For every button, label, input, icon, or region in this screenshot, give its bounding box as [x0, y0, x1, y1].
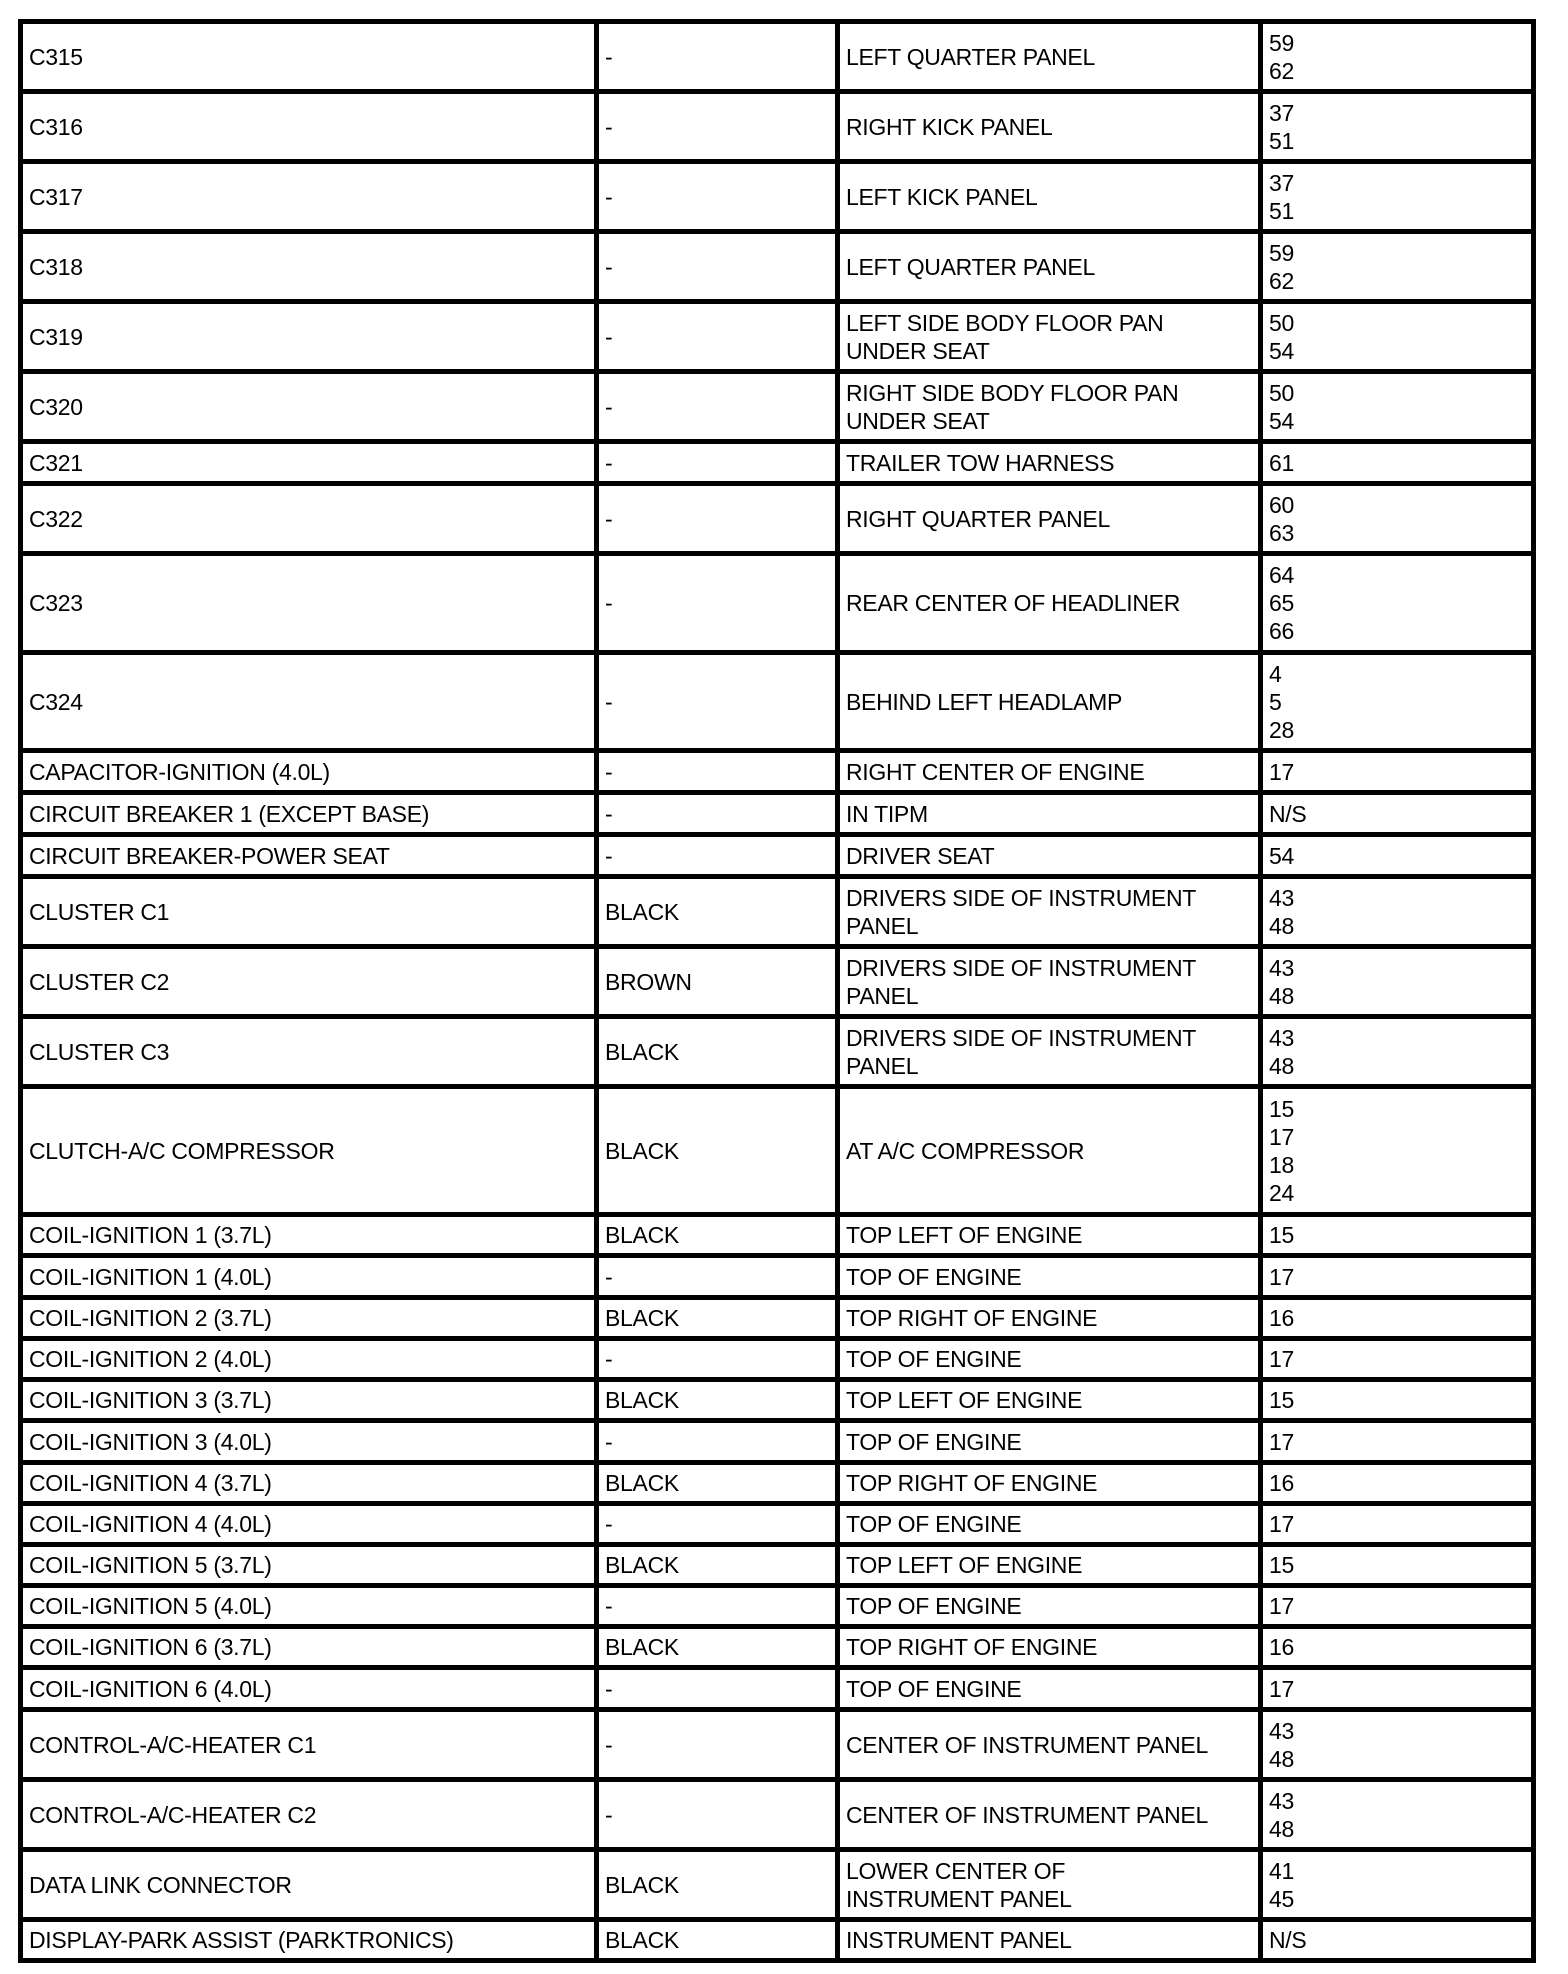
table-row: CONTROL-A/C-HEATER C2-CENTER OF INSTRUME…: [21, 1780, 1534, 1850]
table-row: CIRCUIT BREAKER 1 (EXCEPT BASE)-IN TIPMN…: [21, 793, 1534, 835]
figure-number: 59: [1269, 29, 1531, 57]
figure-number: 50: [1269, 309, 1531, 337]
figure-number: 24: [1269, 1179, 1531, 1207]
connector-color: BLACK: [597, 1850, 838, 1920]
figure-number: 48: [1269, 1745, 1531, 1773]
connector-color: BLACK: [597, 1087, 838, 1215]
figure-references: 4348: [1261, 877, 1534, 947]
connector-name: COIL-IGNITION 6 (3.7L): [21, 1627, 597, 1668]
connector-location: DRIVER SEAT: [838, 835, 1261, 877]
table-row: COIL-IGNITION 1 (3.7L)BLACKTOP LEFT OF E…: [21, 1215, 1534, 1256]
connector-location: DRIVERS SIDE OF INSTRUMENT PANEL: [838, 1017, 1261, 1087]
table-row: COIL-IGNITION 3 (4.0L)-TOP OF ENGINE17: [21, 1421, 1534, 1463]
figure-references: 3751: [1261, 92, 1534, 162]
table-row: C320-RIGHT SIDE BODY FLOOR PAN UNDER SEA…: [21, 372, 1534, 442]
connector-name: CLUTCH-A/C COMPRESSOR: [21, 1087, 597, 1215]
connector-color: BROWN: [597, 947, 838, 1017]
figure-number: 37: [1269, 99, 1531, 127]
connector-name: COIL-IGNITION 2 (3.7L): [21, 1298, 597, 1339]
figure-references: 15171824: [1261, 1087, 1534, 1215]
connector-name: CONTROL-A/C-HEATER C1: [21, 1710, 597, 1780]
connector-location: CENTER OF INSTRUMENT PANEL: [838, 1710, 1261, 1780]
table-row: C322-RIGHT QUARTER PANEL6063: [21, 484, 1534, 554]
table-row: C319-LEFT SIDE BODY FLOOR PAN UNDER SEAT…: [21, 302, 1534, 372]
figure-number: 62: [1269, 57, 1531, 85]
figure-number: 17: [1269, 1263, 1531, 1291]
connector-location: TOP LEFT OF ENGINE: [838, 1380, 1261, 1421]
connector-color: BLACK: [597, 1545, 838, 1586]
figure-references: 17: [1261, 1668, 1534, 1710]
connector-color: BLACK: [597, 877, 838, 947]
connector-name: C320: [21, 372, 597, 442]
connector-name: CAPACITOR-IGNITION (4.0L): [21, 751, 597, 793]
connector-location: CENTER OF INSTRUMENT PANEL: [838, 1780, 1261, 1850]
connector-color: -: [597, 1256, 838, 1298]
connector-location: TOP OF ENGINE: [838, 1586, 1261, 1627]
figure-number: 4: [1269, 660, 1531, 688]
table-row: C323-REAR CENTER OF HEADLINER646566: [21, 554, 1534, 653]
table-row: C321-TRAILER TOW HARNESS61: [21, 442, 1534, 484]
connector-location: TOP RIGHT OF ENGINE: [838, 1298, 1261, 1339]
table-row: CLUSTER C3BLACKDRIVERS SIDE OF INSTRUMEN…: [21, 1017, 1534, 1087]
connector-name: CIRCUIT BREAKER-POWER SEAT: [21, 835, 597, 877]
figure-references: 15: [1261, 1215, 1534, 1256]
table-row: CLUTCH-A/C COMPRESSORBLACKAT A/C COMPRES…: [21, 1087, 1534, 1215]
figure-references: 17: [1261, 1339, 1534, 1380]
figure-number: 43: [1269, 884, 1531, 912]
connector-name: CIRCUIT BREAKER 1 (EXCEPT BASE): [21, 793, 597, 835]
figure-number: 63: [1269, 519, 1531, 547]
connector-color: -: [597, 1421, 838, 1463]
figure-number: 48: [1269, 1815, 1531, 1843]
connector-color: BLACK: [597, 1920, 838, 1961]
connector-name: C319: [21, 302, 597, 372]
connector-location: REAR CENTER OF HEADLINER: [838, 554, 1261, 653]
connector-location: TOP OF ENGINE: [838, 1504, 1261, 1545]
connector-name: C321: [21, 442, 597, 484]
figure-number: 54: [1269, 842, 1531, 870]
figure-references: 15: [1261, 1380, 1534, 1421]
connector-color: -: [597, 1710, 838, 1780]
connector-location: DRIVERS SIDE OF INSTRUMENT PANEL: [838, 877, 1261, 947]
figure-number: 51: [1269, 197, 1531, 225]
figure-number: 16: [1269, 1304, 1531, 1332]
connector-name: C316: [21, 92, 597, 162]
connector-location: TOP OF ENGINE: [838, 1339, 1261, 1380]
figure-references: 17: [1261, 1504, 1534, 1545]
figure-references: 17: [1261, 1421, 1534, 1463]
table-row: COIL-IGNITION 6 (3.7L)BLACKTOP RIGHT OF …: [21, 1627, 1534, 1668]
connector-location: AT A/C COMPRESSOR: [838, 1087, 1261, 1215]
figure-references: 16: [1261, 1463, 1534, 1504]
connector-color: -: [597, 653, 838, 751]
figure-number: 61: [1269, 449, 1531, 477]
figure-references: 61: [1261, 442, 1534, 484]
connector-location-table: C315-LEFT QUARTER PANEL5962C316-RIGHT KI…: [18, 19, 1536, 1963]
table-row: COIL-IGNITION 5 (3.7L)BLACKTOP LEFT OF E…: [21, 1545, 1534, 1586]
figure-number: 62: [1269, 267, 1531, 295]
connector-location: IN TIPM: [838, 793, 1261, 835]
figure-references: 3751: [1261, 162, 1534, 232]
figure-number: 48: [1269, 912, 1531, 940]
figure-number: 45: [1269, 1885, 1531, 1913]
figure-references: 4348: [1261, 947, 1534, 1017]
connector-name: C324: [21, 653, 597, 751]
connector-name: C315: [21, 22, 597, 92]
figure-number: 64: [1269, 561, 1531, 589]
connector-color: -: [597, 1586, 838, 1627]
table-row: C317-LEFT KICK PANEL3751: [21, 162, 1534, 232]
connector-name: CONTROL-A/C-HEATER C2: [21, 1780, 597, 1850]
table-row: COIL-IGNITION 4 (3.7L)BLACKTOP RIGHT OF …: [21, 1463, 1534, 1504]
connector-color: -: [597, 302, 838, 372]
connector-name: COIL-IGNITION 1 (3.7L): [21, 1215, 597, 1256]
figure-number: 48: [1269, 982, 1531, 1010]
connector-location: TOP OF ENGINE: [838, 1256, 1261, 1298]
connector-name: COIL-IGNITION 1 (4.0L): [21, 1256, 597, 1298]
figure-references: 6063: [1261, 484, 1534, 554]
connector-color: -: [597, 1668, 838, 1710]
figure-number: 17: [1269, 1123, 1531, 1151]
connector-color: -: [597, 751, 838, 793]
connector-name: CLUSTER C2: [21, 947, 597, 1017]
table-row: COIL-IGNITION 2 (3.7L)BLACKTOP RIGHT OF …: [21, 1298, 1534, 1339]
figure-references: 4348: [1261, 1017, 1534, 1087]
connector-location: TOP OF ENGINE: [838, 1421, 1261, 1463]
connector-name: C317: [21, 162, 597, 232]
connector-name: COIL-IGNITION 2 (4.0L): [21, 1339, 597, 1380]
figure-number: 48: [1269, 1052, 1531, 1080]
connector-location: TOP LEFT OF ENGINE: [838, 1545, 1261, 1586]
figure-number: 43: [1269, 1717, 1531, 1745]
connector-name: CLUSTER C3: [21, 1017, 597, 1087]
table-row: C318-LEFT QUARTER PANEL5962: [21, 232, 1534, 302]
connector-color: BLACK: [597, 1380, 838, 1421]
figure-number: 43: [1269, 1787, 1531, 1815]
figure-number: 17: [1269, 1345, 1531, 1373]
figure-number: 5: [1269, 688, 1531, 716]
table-row: C316-RIGHT KICK PANEL3751: [21, 92, 1534, 162]
connector-color: -: [597, 22, 838, 92]
figure-number: 17: [1269, 758, 1531, 786]
figure-number: 16: [1269, 1633, 1531, 1661]
connector-name: CLUSTER C1: [21, 877, 597, 947]
figure-number: 15: [1269, 1221, 1531, 1249]
figure-references: 4145: [1261, 1850, 1534, 1920]
connector-color: BLACK: [597, 1298, 838, 1339]
figure-number: 37: [1269, 169, 1531, 197]
figure-number: 15: [1269, 1095, 1531, 1123]
connector-color: BLACK: [597, 1017, 838, 1087]
table-row: COIL-IGNITION 1 (4.0L)-TOP OF ENGINE17: [21, 1256, 1534, 1298]
figure-number: 54: [1269, 337, 1531, 365]
table-row: CIRCUIT BREAKER-POWER SEAT-DRIVER SEAT54: [21, 835, 1534, 877]
connector-location: TOP OF ENGINE: [838, 1668, 1261, 1710]
figure-references: 17: [1261, 751, 1534, 793]
connector-name: COIL-IGNITION 4 (3.7L): [21, 1463, 597, 1504]
table-row: DISPLAY-PARK ASSIST (PARKTRONICS)BLACKIN…: [21, 1920, 1534, 1961]
connector-color: BLACK: [597, 1215, 838, 1256]
figure-number: 17: [1269, 1592, 1531, 1620]
connector-color: -: [597, 554, 838, 653]
connector-color: -: [597, 162, 838, 232]
figure-number: 18: [1269, 1151, 1531, 1179]
figure-number: 43: [1269, 954, 1531, 982]
figure-references: N/S: [1261, 793, 1534, 835]
figure-references: 54: [1261, 835, 1534, 877]
connector-location: TOP RIGHT OF ENGINE: [838, 1627, 1261, 1668]
connector-location: TRAILER TOW HARNESS: [838, 442, 1261, 484]
connector-location: INSTRUMENT PANEL: [838, 1920, 1261, 1961]
connector-color: -: [597, 372, 838, 442]
figure-references: 5962: [1261, 22, 1534, 92]
table-row: CONTROL-A/C-HEATER C1-CENTER OF INSTRUME…: [21, 1710, 1534, 1780]
table-row: COIL-IGNITION 3 (3.7L)BLACKTOP LEFT OF E…: [21, 1380, 1534, 1421]
table-row: C324-BEHIND LEFT HEADLAMP4528: [21, 653, 1534, 751]
figure-number: 54: [1269, 407, 1531, 435]
connector-name: COIL-IGNITION 5 (4.0L): [21, 1586, 597, 1627]
connector-location: RIGHT SIDE BODY FLOOR PAN UNDER SEAT: [838, 372, 1261, 442]
table-row: CAPACITOR-IGNITION (4.0L)-RIGHT CENTER O…: [21, 751, 1534, 793]
figure-references: 15: [1261, 1545, 1534, 1586]
connector-name: C318: [21, 232, 597, 302]
table-row: CLUSTER C1BLACKDRIVERS SIDE OF INSTRUMEN…: [21, 877, 1534, 947]
table-body: C315-LEFT QUARTER PANEL5962C316-RIGHT KI…: [21, 22, 1534, 1961]
figure-number: 17: [1269, 1675, 1531, 1703]
figure-number: 16: [1269, 1469, 1531, 1497]
connector-location: TOP RIGHT OF ENGINE: [838, 1463, 1261, 1504]
connector-color: BLACK: [597, 1463, 838, 1504]
connector-color: -: [597, 1504, 838, 1545]
table-row: COIL-IGNITION 5 (4.0L)-TOP OF ENGINE17: [21, 1586, 1534, 1627]
table-row: CLUSTER C2BROWNDRIVERS SIDE OF INSTRUMEN…: [21, 947, 1534, 1017]
connector-color: -: [597, 484, 838, 554]
figure-number: 65: [1269, 589, 1531, 617]
table-row: COIL-IGNITION 6 (4.0L)-TOP OF ENGINE17: [21, 1668, 1534, 1710]
figure-references: 4528: [1261, 653, 1534, 751]
connector-name: C322: [21, 484, 597, 554]
figure-references: 17: [1261, 1586, 1534, 1627]
connector-color: -: [597, 232, 838, 302]
figure-number: 15: [1269, 1386, 1531, 1414]
connector-color: -: [597, 835, 838, 877]
figure-references: 5054: [1261, 302, 1534, 372]
connector-name: COIL-IGNITION 6 (4.0L): [21, 1668, 597, 1710]
connector-location: LEFT KICK PANEL: [838, 162, 1261, 232]
figure-number: 60: [1269, 491, 1531, 519]
connector-color: -: [597, 92, 838, 162]
connector-location: LEFT QUARTER PANEL: [838, 22, 1261, 92]
connector-color: -: [597, 793, 838, 835]
figure-number: 17: [1269, 1510, 1531, 1538]
figure-number: 17: [1269, 1428, 1531, 1456]
figure-number: 50: [1269, 379, 1531, 407]
figure-number: 51: [1269, 127, 1531, 155]
figure-references: 16: [1261, 1298, 1534, 1339]
table-row: COIL-IGNITION 2 (4.0L)-TOP OF ENGINE17: [21, 1339, 1534, 1380]
connector-color: -: [597, 442, 838, 484]
figure-references: 16: [1261, 1627, 1534, 1668]
figure-references: N/S: [1261, 1920, 1534, 1961]
connector-location: LEFT SIDE BODY FLOOR PAN UNDER SEAT: [838, 302, 1261, 372]
figure-references: 5054: [1261, 372, 1534, 442]
connector-location: DRIVERS SIDE OF INSTRUMENT PANEL: [838, 947, 1261, 1017]
figure-references: 646566: [1261, 554, 1534, 653]
connector-name: COIL-IGNITION 5 (3.7L): [21, 1545, 597, 1586]
connector-color: BLACK: [597, 1627, 838, 1668]
connector-color: -: [597, 1339, 838, 1380]
connector-name: COIL-IGNITION 4 (4.0L): [21, 1504, 597, 1545]
connector-location: TOP LEFT OF ENGINE: [838, 1215, 1261, 1256]
table-row: C315-LEFT QUARTER PANEL5962: [21, 22, 1534, 92]
connector-location: RIGHT CENTER OF ENGINE: [838, 751, 1261, 793]
figure-number: N/S: [1269, 1926, 1531, 1954]
connector-location: RIGHT KICK PANEL: [838, 92, 1261, 162]
connector-name: DISPLAY-PARK ASSIST (PARKTRONICS): [21, 1920, 597, 1961]
table-row: COIL-IGNITION 4 (4.0L)-TOP OF ENGINE17: [21, 1504, 1534, 1545]
connector-location: LOWER CENTER OF INSTRUMENT PANEL: [838, 1850, 1261, 1920]
connector-location: LEFT QUARTER PANEL: [838, 232, 1261, 302]
figure-references: 4348: [1261, 1710, 1534, 1780]
connector-location: BEHIND LEFT HEADLAMP: [838, 653, 1261, 751]
connector-name: DATA LINK CONNECTOR: [21, 1850, 597, 1920]
figure-number: 43: [1269, 1024, 1531, 1052]
connector-name: COIL-IGNITION 3 (3.7L): [21, 1380, 597, 1421]
connector-name: C323: [21, 554, 597, 653]
figure-number: 66: [1269, 617, 1531, 645]
table-row: DATA LINK CONNECTORBLACKLOWER CENTER OF …: [21, 1850, 1534, 1920]
figure-number: 15: [1269, 1551, 1531, 1579]
connector-location: RIGHT QUARTER PANEL: [838, 484, 1261, 554]
figure-references: 4348: [1261, 1780, 1534, 1850]
figure-number: 28: [1269, 716, 1531, 744]
connector-color: -: [597, 1780, 838, 1850]
figure-references: 5962: [1261, 232, 1534, 302]
connector-name: COIL-IGNITION 3 (4.0L): [21, 1421, 597, 1463]
figure-number: 59: [1269, 239, 1531, 267]
figure-number: N/S: [1269, 800, 1531, 828]
figure-references: 17: [1261, 1256, 1534, 1298]
figure-number: 41: [1269, 1857, 1531, 1885]
